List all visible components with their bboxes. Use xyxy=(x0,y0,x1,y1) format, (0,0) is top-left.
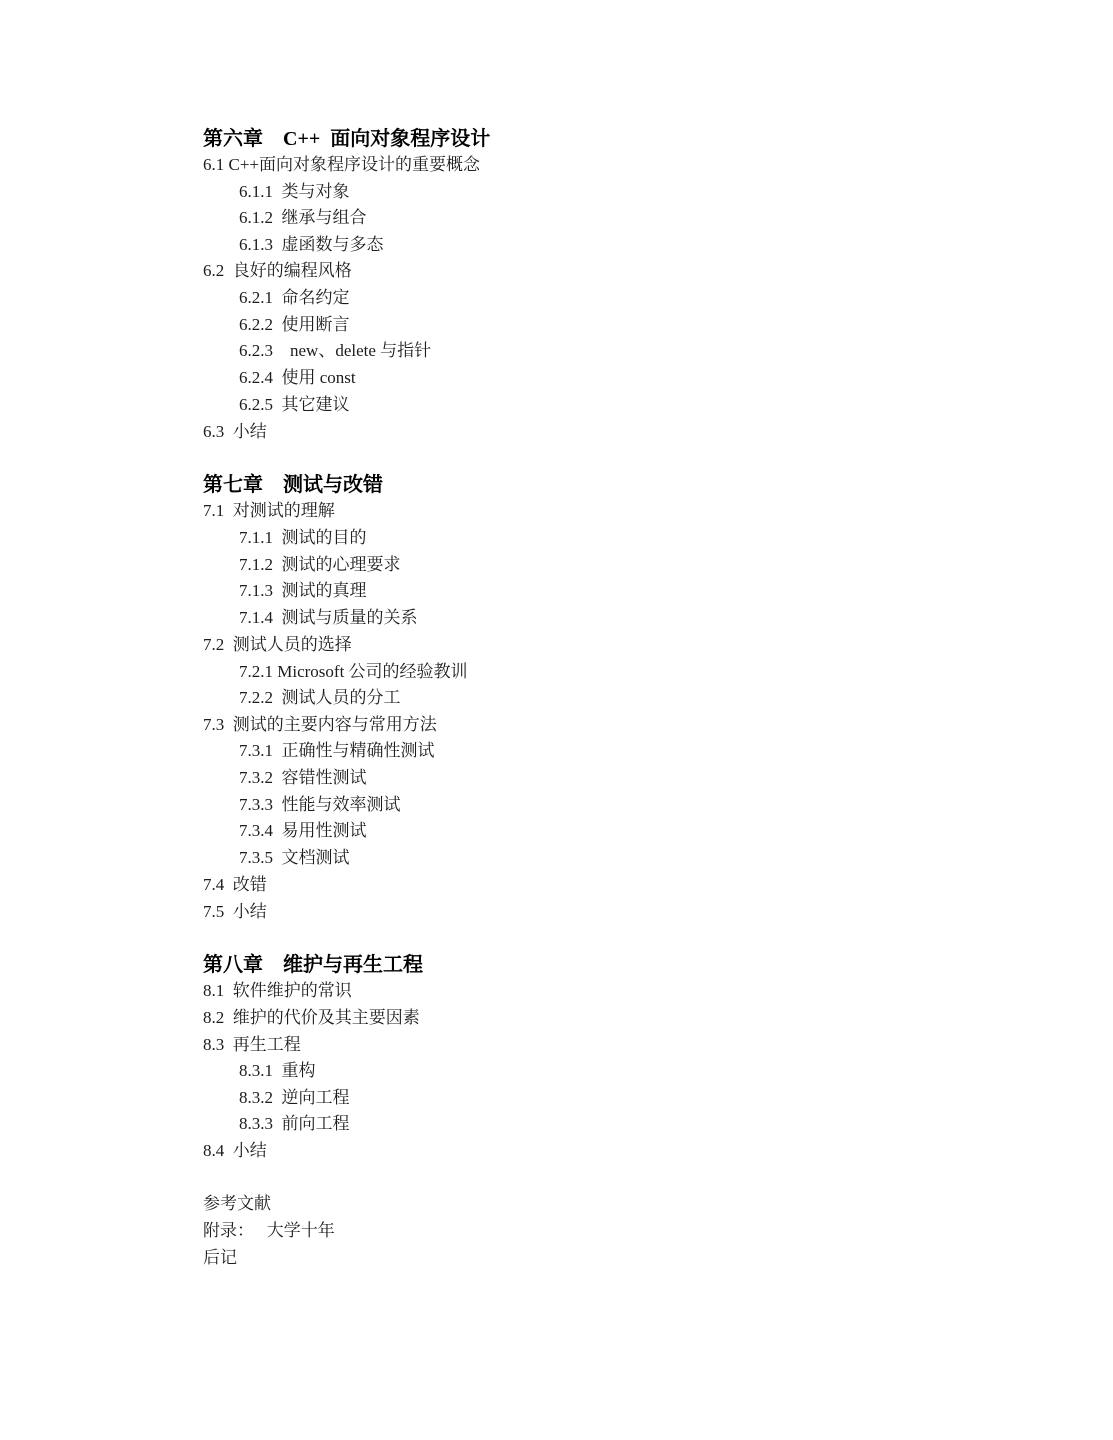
toc-entry: 8.2 维护的代价及其主要因素 xyxy=(203,1008,420,1028)
toc-entry: 6.2.5 其它建议 xyxy=(239,395,350,415)
toc-entry: 8.1 软件维护的常识 xyxy=(203,981,352,1001)
toc-entry: 6.2.1 命名约定 xyxy=(239,288,350,308)
chapter-title: 第六章 C++ 面向对象程序设计 xyxy=(203,127,490,151)
toc-entry: 7.3.1 正确性与精确性测试 xyxy=(239,741,435,761)
toc-entry: 7.1.1 测试的目的 xyxy=(239,528,367,548)
toc-entry: 8.3.1 重构 xyxy=(239,1061,316,1081)
toc-entry: 7.2.1 Microsoft 公司的经验教训 xyxy=(239,662,468,682)
toc-entry: 6.1.2 继承与组合 xyxy=(239,208,367,228)
toc-entry: 7.4 改错 xyxy=(203,875,267,895)
back-matter-references: 参考文献 xyxy=(203,1194,271,1214)
toc-entry: 6.2 良好的编程风格 xyxy=(203,261,352,281)
document-page: 第六章 C++ 面向对象程序设计 6.1 C++面向对象程序设计的重要概念 6.… xyxy=(0,0,1113,1440)
back-matter-afterword: 后记 xyxy=(203,1248,237,1268)
toc-entry: 8.3.3 前向工程 xyxy=(239,1114,350,1134)
toc-entry: 7.3.2 容错性测试 xyxy=(239,768,367,788)
chapter-title: 第八章 维护与再生工程 xyxy=(203,953,423,977)
toc-entry: 7.1.2 测试的心理要求 xyxy=(239,555,401,575)
toc-entry: 7.3.4 易用性测试 xyxy=(239,821,367,841)
toc-entry: 7.3 测试的主要内容与常用方法 xyxy=(203,715,437,735)
toc-entry: 7.1.4 测试与质量的关系 xyxy=(239,608,418,628)
toc-entry: 7.1.3 测试的真理 xyxy=(239,581,367,601)
toc-entry: 7.3.5 文档测试 xyxy=(239,848,350,868)
toc-entry: 8.4 小结 xyxy=(203,1141,267,1161)
toc-entry: 7.2.2 测试人员的分工 xyxy=(239,688,401,708)
toc-entry: 6.1.3 虚函数与多态 xyxy=(239,235,384,255)
toc-entry: 8.3 再生工程 xyxy=(203,1035,301,1055)
chapter-title: 第七章 测试与改错 xyxy=(203,473,383,497)
back-matter-appendix: 附录： 大学十年 xyxy=(203,1221,335,1241)
toc-entry: 7.2 测试人员的选择 xyxy=(203,635,352,655)
toc-entry: 6.1 C++面向对象程序设计的重要概念 xyxy=(203,155,480,175)
toc-entry: 6.3 小结 xyxy=(203,422,267,442)
toc-entry: 7.5 小结 xyxy=(203,902,267,922)
toc-entry: 6.2.4 使用 const xyxy=(239,368,356,388)
toc-entry: 6.1.1 类与对象 xyxy=(239,182,350,202)
toc-entry: 8.3.2 逆向工程 xyxy=(239,1088,350,1108)
toc-entry: 7.3.3 性能与效率测试 xyxy=(239,795,401,815)
toc-entry: 6.2.2 使用断言 xyxy=(239,315,350,335)
toc-entry: 7.1 对测试的理解 xyxy=(203,501,335,521)
toc-entry: 6.2.3 new、delete 与指针 xyxy=(239,341,431,361)
